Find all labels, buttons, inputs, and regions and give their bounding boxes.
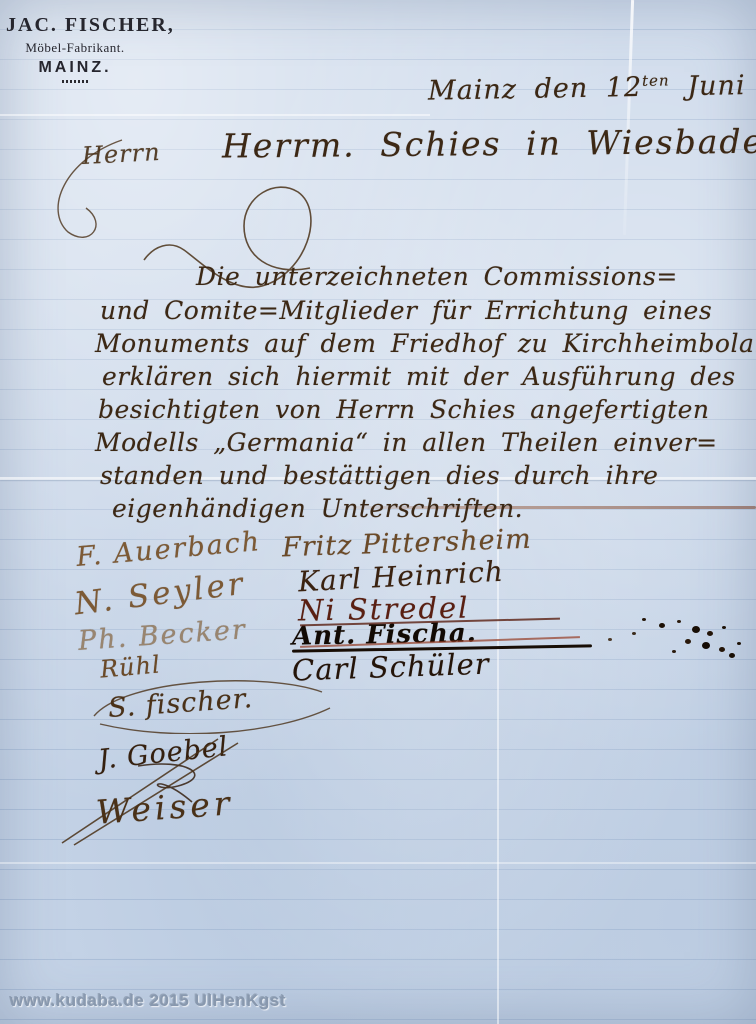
letterhead: JAC. FISCHER, Möbel-Fabrikant. MAINZ. [6, 14, 144, 83]
fold-crease-horizontal-lower [0, 862, 756, 864]
signature: Rühl [99, 650, 162, 683]
signature: Carl Schüler [291, 647, 490, 688]
fold-crease-horizontal-upper [0, 114, 430, 116]
dateline-prefix: Mainz den 12 [428, 72, 643, 107]
letterhead-subtitle: Möbel-Fabrikant. [6, 40, 144, 56]
body-line: Monuments auf dem Friedhof zu Kirchheimb… [95, 329, 756, 358]
dateline-suffix: Juni 1871. [669, 68, 756, 102]
signature: Weiser [95, 783, 235, 832]
watermark: www.kudaba.de 2015 UlHenKgst [10, 991, 286, 1011]
letterhead-city: MAINZ. [6, 59, 144, 77]
salutation-main: Herrm. Schies in Wiesbaden. [222, 121, 756, 165]
dateline-superscript: ten [642, 71, 670, 89]
body-line: Modells „Germania“ in allen Theilen einv… [95, 428, 718, 457]
signature: J. Goebel [97, 731, 230, 775]
salutation-prefix: Herrn [81, 138, 161, 170]
fold-crease-vertical-top [623, 0, 634, 235]
body-line: eigenhändigen Unterschriften. [112, 494, 523, 523]
signature: S. fischer. [107, 683, 254, 724]
letterhead-name: JAC. FISCHER, [6, 14, 144, 37]
letterhead-ornament-rule [62, 80, 88, 83]
signature: N. Seyler [72, 566, 247, 623]
letter-scan: JAC. FISCHER, Möbel-Fabrikant. MAINZ. Ma… [0, 0, 756, 1024]
signature: Ant. Fischa. [292, 618, 477, 651]
body-line: besichtigten von Herrn Schies angefertig… [98, 395, 710, 424]
dateline: Mainz den 12ten Juni 1871. [428, 68, 756, 106]
signature: Ph. Becker [77, 614, 248, 657]
body-line: standen und bestättigen dies durch ihre [100, 461, 658, 490]
body-line: Die unterzeichneten Commissions= [196, 262, 678, 291]
ink-splatter [642, 618, 646, 621]
body-line: erklären sich hiermit mit der Ausführung… [102, 362, 736, 391]
body-line: und Comite=Mitglieder für Errichtung ein… [100, 296, 712, 325]
